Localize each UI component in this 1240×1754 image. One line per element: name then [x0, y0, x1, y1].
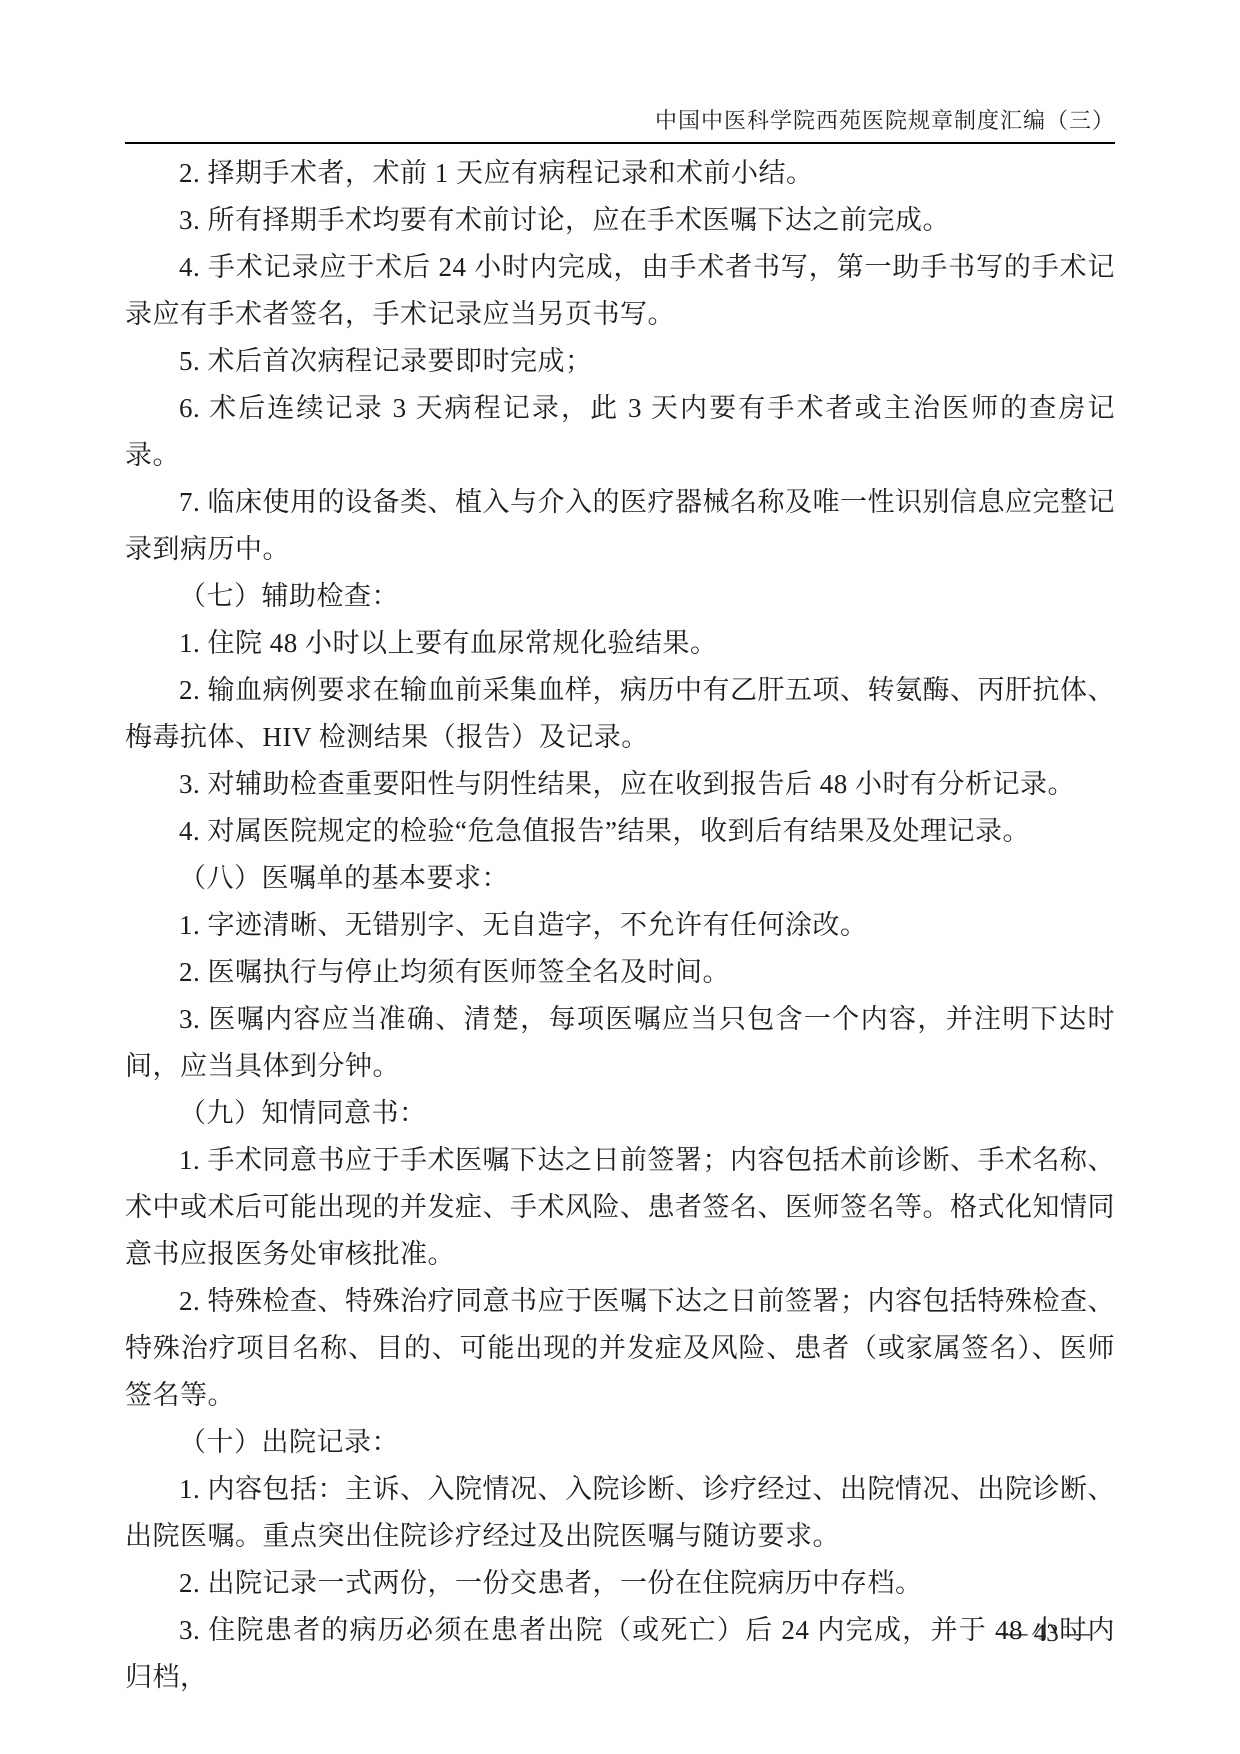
paragraph-item-3: 3. 所有择期手术均要有术前讨论，应在手术医嘱下达之前完成。 — [125, 197, 1115, 244]
page-footer: — 43 — — [125, 1620, 1090, 1648]
section-heading-8: （八）医嘱单的基本要求： — [125, 855, 1115, 902]
paragraph-item-8-3: 3. 医嘱内容应当准确、清楚，每项医嘱应当只包含一个内容，并注明下达时间，应当具… — [125, 996, 1115, 1090]
page-number: — 43 — — [1003, 1620, 1091, 1647]
page-header: 中国中医科学院西苑医院规章制度汇编（三） — [125, 104, 1115, 135]
section-heading-7: （七）辅助检查： — [125, 573, 1115, 620]
paragraph-item-7-2: 2. 输血病例要求在输血前采集血样，病历中有乙肝五项、转氨酶、丙肝抗体、梅毒抗体… — [125, 667, 1115, 761]
paragraph-item-7-3: 3. 对辅助检查重要阳性与阴性结果，应在收到报告后 48 小时有分析记录。 — [125, 761, 1115, 808]
paragraph-item-9-2: 2. 特殊检查、特殊治疗同意书应于医嘱下达之日前签署；内容包括特殊检查、特殊治疗… — [125, 1278, 1115, 1419]
paragraph-item-8-1: 1. 字迹清晰、无错别字、无自造字，不允许有任何涂改。 — [125, 902, 1115, 949]
header-title: 中国中医科学院西苑医院规章制度汇编（三） — [655, 108, 1115, 133]
paragraph-item-5: 5. 术后首次病程记录要即时完成； — [125, 338, 1115, 385]
document-page: 中国中医科学院西苑医院规章制度汇编（三） 2. 择期手术者，术前 1 天应有病程… — [0, 0, 1240, 1754]
paragraph-item-10-1: 1. 内容包括：主诉、入院情况、入院诊断、诊疗经过、出院情况、出院诊断、出院医嘱… — [125, 1466, 1115, 1560]
document-body: 2. 择期手术者，术前 1 天应有病程记录和术前小结。 3. 所有择期手术均要有… — [125, 150, 1115, 1701]
paragraph-item-8-2: 2. 医嘱执行与停止均须有医师签全名及时间。 — [125, 949, 1115, 996]
paragraph-item-7-4: 4. 对属医院规定的检验“危急值报告”结果，收到后有结果及处理记录。 — [125, 808, 1115, 855]
paragraph-item-7: 7. 临床使用的设备类、植入与介入的医疗器械名称及唯一性识别信息应完整记录到病历… — [125, 479, 1115, 573]
paragraph-item-6: 6. 术后连续记录 3 天病程记录，此 3 天内要有手术者或主治医师的查房记录。 — [125, 385, 1115, 479]
paragraph-item-4: 4. 手术记录应于术后 24 小时内完成，由手术者书写，第一助手书写的手术记录应… — [125, 244, 1115, 338]
paragraph-item-7-1: 1. 住院 48 小时以上要有血尿常规化验结果。 — [125, 620, 1115, 667]
section-heading-10: （十）出院记录： — [125, 1419, 1115, 1466]
header-rule — [125, 142, 1115, 144]
paragraph-item-10-2: 2. 出院记录一式两份，一份交患者，一份在住院病历中存档。 — [125, 1560, 1115, 1607]
paragraph-item-9-1: 1. 手术同意书应于手术医嘱下达之日前签署；内容包括术前诊断、手术名称、术中或术… — [125, 1137, 1115, 1278]
paragraph-item-2: 2. 择期手术者，术前 1 天应有病程记录和术前小结。 — [125, 150, 1115, 197]
section-heading-9: （九）知情同意书： — [125, 1090, 1115, 1137]
